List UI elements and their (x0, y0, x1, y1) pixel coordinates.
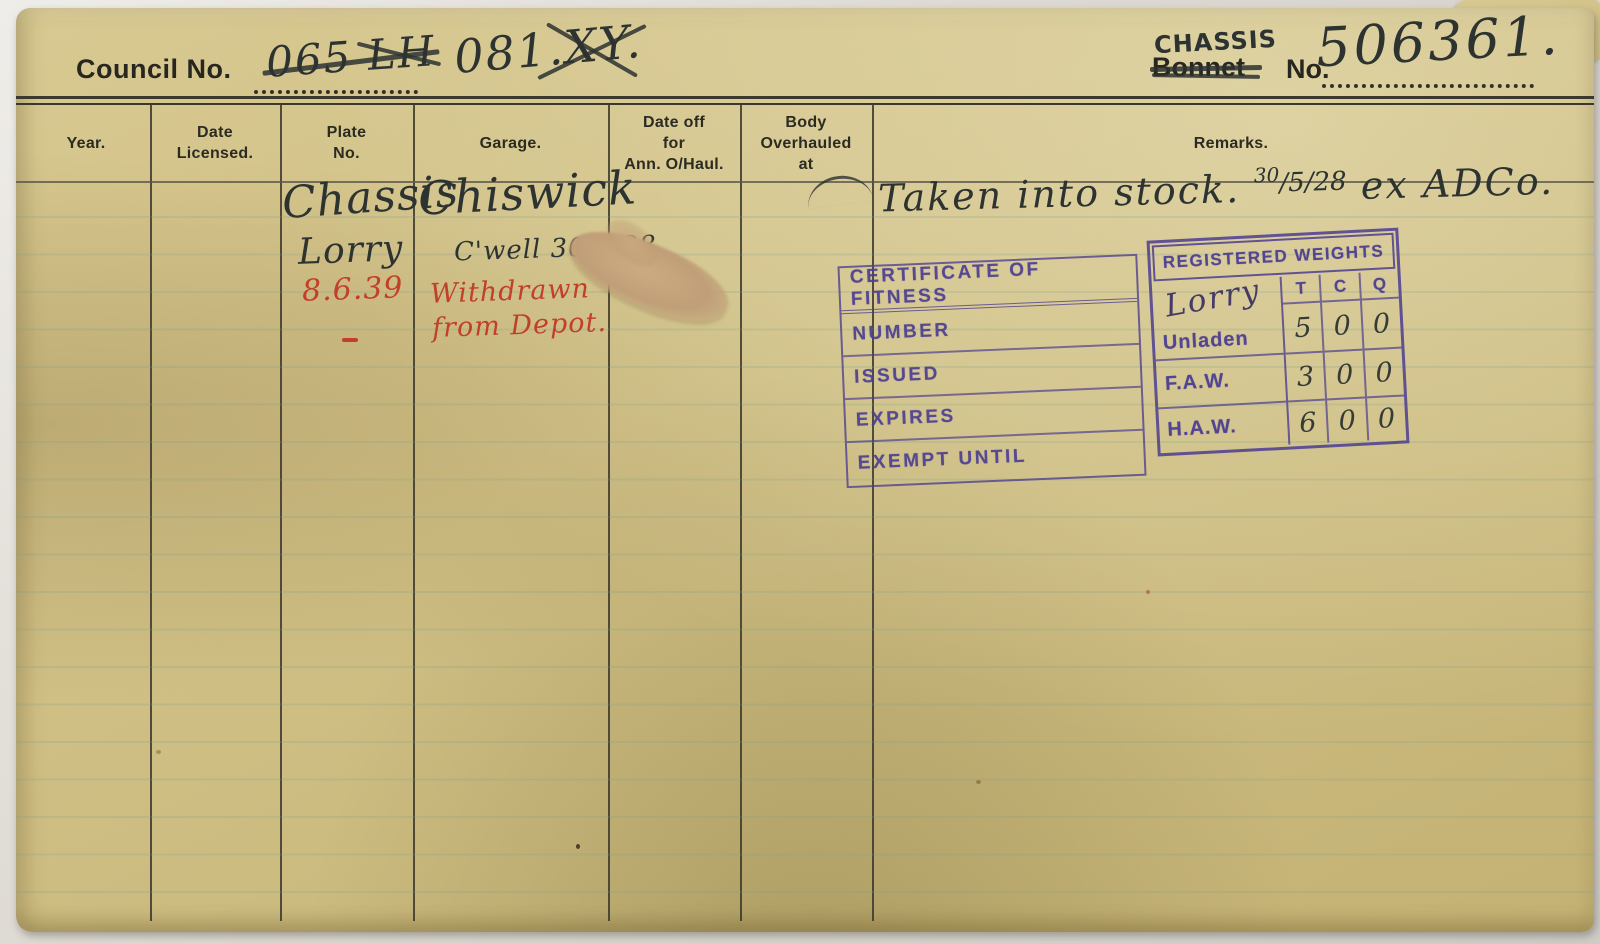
unit-header-cwt: C (1321, 273, 1362, 301)
remarks-text-2: ex ADCo. (1360, 159, 1554, 208)
remarks-text: Taken into stock. (878, 167, 1241, 220)
header-divider-rule (16, 96, 1594, 99)
col-header-year: Year. (22, 110, 150, 176)
header-divider-rule (16, 103, 1594, 105)
weights-values-haw: 6 0 0 (1288, 396, 1406, 444)
age-speck (976, 780, 981, 784)
red-dash-mark (342, 338, 358, 342)
certificate-of-fitness-stamp: CERTIFICATE OF FITNESS NUMBER ISSUED EXP… (837, 254, 1146, 488)
weight-value: 6 (1288, 400, 1329, 444)
weights-row-label-haw: H.A.W. (1158, 403, 1288, 452)
plate-entry-date-red: 8.6.39 (301, 270, 404, 309)
pen-flourish (804, 172, 873, 210)
column-divider (150, 104, 152, 921)
weight-value: 0 (1364, 349, 1404, 397)
weight-value: 5 (1283, 303, 1325, 353)
photo-of-record-card: Council No. 065 LH 081.XY. CHASSIS Bonne… (0, 0, 1600, 944)
weights-value-columns: T C Q 5 0 0 3 0 0 6 (1282, 271, 1407, 445)
bonnet-no-dotted-line (1322, 84, 1534, 88)
weights-row-label-faw: F.A.W. (1156, 355, 1286, 410)
garage-entry-from-depot: from Depot. (432, 307, 608, 344)
remarks-date: 30/5/28 (1254, 166, 1347, 198)
column-divider (413, 104, 415, 921)
record-card: Council No. 065 LH 081.XY. CHASSIS Bonne… (16, 8, 1594, 932)
column-divider (280, 104, 282, 921)
weights-values-faw: 3 0 0 (1286, 349, 1404, 403)
garage-entry-chiswick: Chiswick (417, 160, 638, 225)
strike-mark (1150, 65, 1262, 72)
bonnet-no-value: 506361. (1315, 8, 1562, 79)
age-speck (1146, 590, 1150, 594)
column-divider (872, 104, 874, 921)
weight-value: 0 (1327, 398, 1368, 442)
weight-value: 0 (1322, 301, 1364, 351)
unit-header-qtr: Q (1360, 271, 1399, 299)
weights-values-unladen: 5 0 0 (1283, 299, 1401, 355)
weight-value: 3 (1286, 353, 1328, 401)
council-no-dotted-line (254, 90, 418, 94)
col-header-body-overhauled: Body Overhauled at (740, 110, 872, 176)
weight-value: 0 (1367, 396, 1406, 440)
col-header-plate-no: Plate No. (280, 110, 413, 176)
column-divider (740, 104, 742, 921)
garage-entry-withdrawn: Withdrawn (430, 273, 591, 310)
plate-entry-lorry: Lorry (297, 228, 404, 273)
council-no-label: Council No. (76, 54, 232, 85)
weight-value: 0 (1325, 350, 1367, 398)
age-speck (576, 844, 580, 849)
weight-value: 0 (1362, 299, 1402, 349)
age-speck (156, 750, 161, 754)
col-header-date-licensed: Date Licensed. (150, 110, 280, 176)
registered-weights-stamp: REGISTERED WEIGHTS Unladen F.A.W. H.A.W.… (1147, 228, 1410, 457)
unit-header-tons: T (1282, 275, 1323, 303)
